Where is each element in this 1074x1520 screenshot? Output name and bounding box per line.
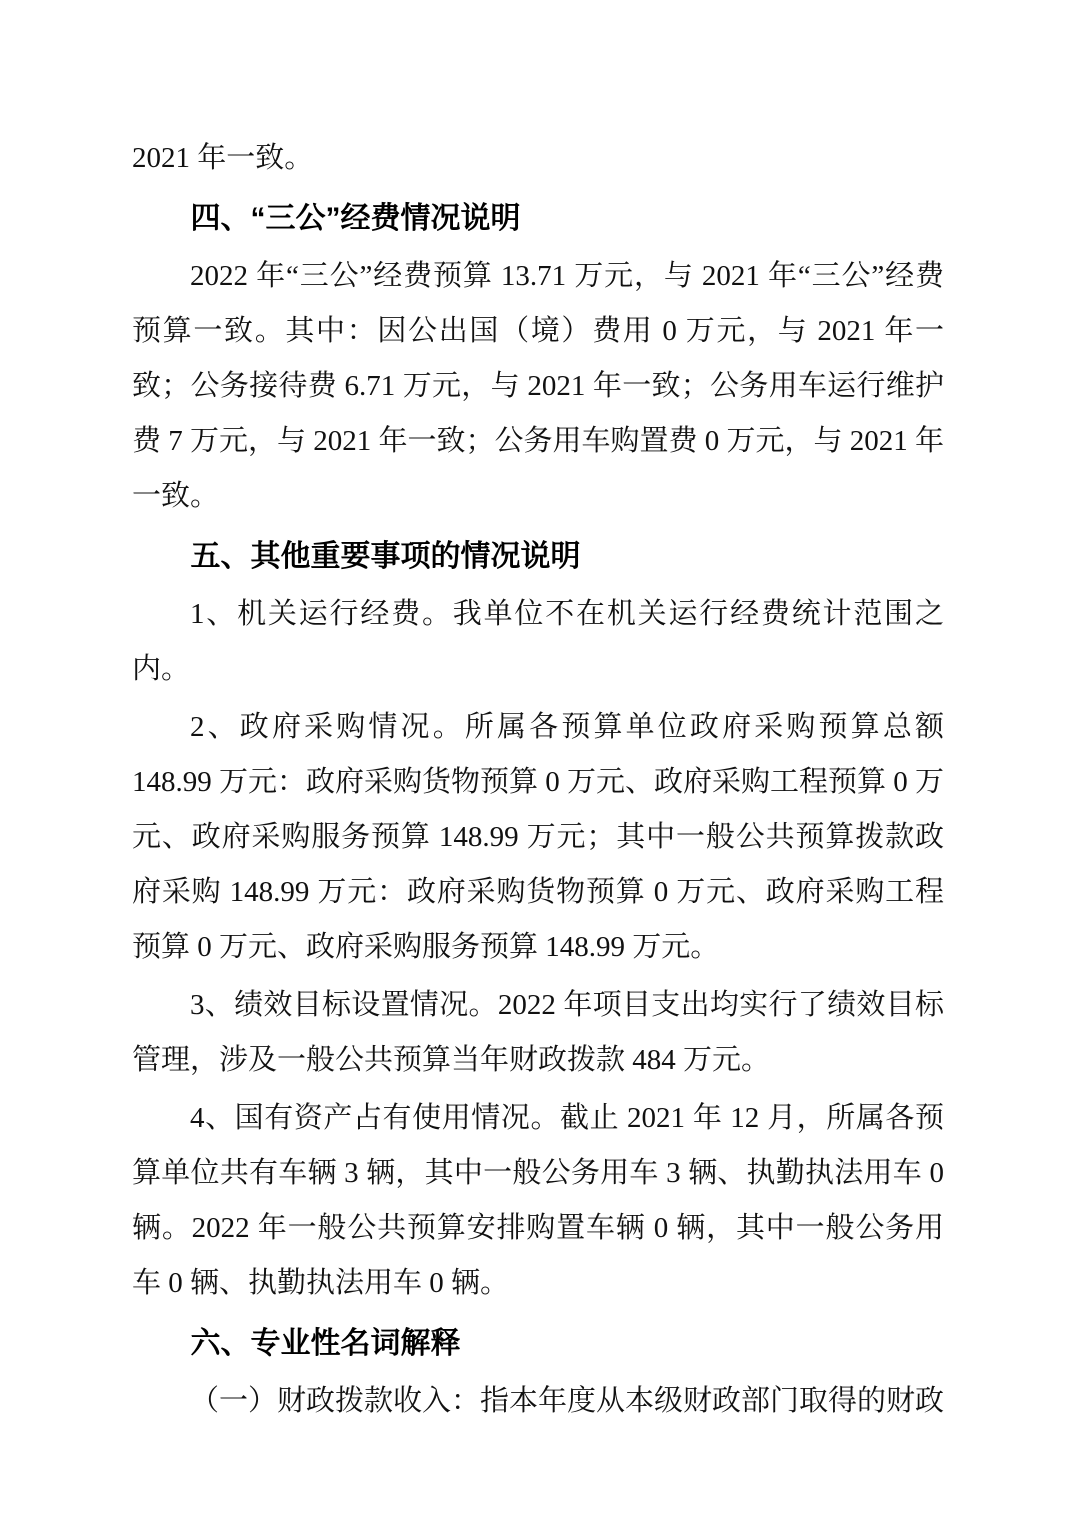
document-body: 2021 年一致。 四、“三公”经费情况说明 2022 年“三公”经费预算 13… xyxy=(132,131,944,1432)
paragraph-continuation-2021-consistent: 2021 年一致。 xyxy=(132,131,944,186)
section-heading-5-other-important-matters: 五、其他重要事项的情况说明 xyxy=(132,529,944,584)
paragraph-4-state-owned-assets: 4、国有资产占有使用情况。截止 2021 年 12 月，所属各预算单位共有车辆 … xyxy=(132,1091,944,1311)
document-page: 2021 年一致。 四、“三公”经费情况说明 2022 年“三公”经费预算 13… xyxy=(0,0,1074,1520)
paragraph-sangong-expense-budget: 2022 年“三公”经费预算 13.71 万元，与 2021 年“三公”经费预算… xyxy=(132,249,944,524)
paragraph-1-agency-operating-funds: 1、机关运行经费。我单位不在机关运行经费统计范围之内。 xyxy=(132,587,944,697)
paragraph-3-performance-targets: 3、绩效目标设置情况。2022 年项目支出均实行了绩效目标管理，涉及一般公共预算… xyxy=(132,978,944,1088)
section-heading-4-sangong-expenses: 四、“三公”经费情况说明 xyxy=(132,191,944,246)
paragraph-2-government-procurement: 2、政府采购情况。所属各预算单位政府采购预算总额 148.99 万元：政府采购货… xyxy=(132,700,944,975)
paragraph-term-1-fiscal-appropriation-income: （一）财政拨款收入：指本年度从本级财政部门取得的财政 xyxy=(132,1374,944,1429)
section-heading-6-terminology: 六、专业性名词解释 xyxy=(132,1316,944,1371)
